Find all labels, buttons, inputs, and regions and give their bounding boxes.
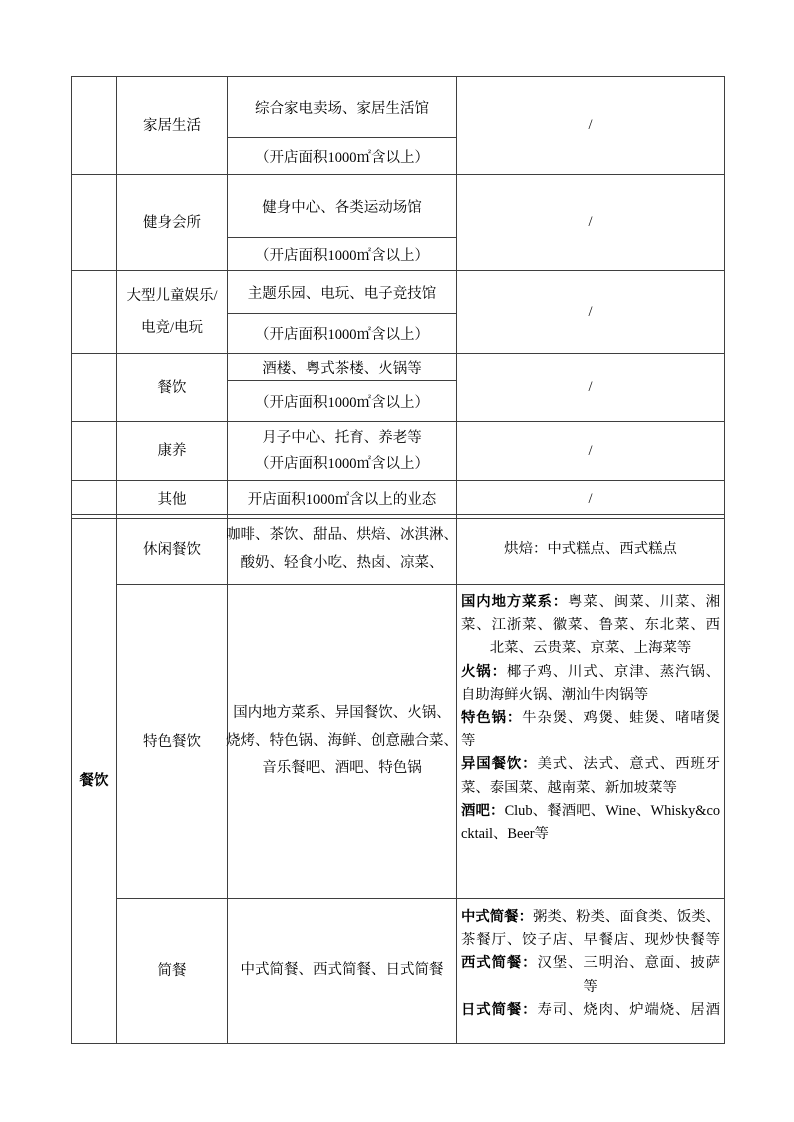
description-line: 日式简餐：寿司、烧肉、炉端烧、居酒 <box>461 999 720 1022</box>
detail-area-note: （开店面积1000㎡含以上） <box>228 314 456 353</box>
subtypes-line: 国内地方菜系、异国餐饮、火锅、 <box>233 700 451 728</box>
document-page: 家居生活综合家电卖场、家居生活馆（开店面积1000㎡含以上）/健身会所健身中心、… <box>0 0 794 1122</box>
value-cell: / <box>457 481 724 518</box>
detail-line: 月子中心、托育、养老等 <box>262 425 422 451</box>
row-spacer-cell <box>72 77 117 174</box>
category-cell: 大型儿童娱乐/电竞/电玩 <box>117 271 228 353</box>
detail-cell: 酒楼、粤式茶楼、火锅等（开店面积1000㎡含以上） <box>228 354 457 421</box>
row-spacer-cell <box>72 481 117 518</box>
description-line: 国内地方菜系：粤菜、闽菜、川菜、湘 <box>461 591 720 614</box>
table-row: 康养月子中心、托育、养老等（开店面积1000㎡含以上）/ <box>72 422 724 481</box>
category-cell: 家居生活 <box>117 77 228 174</box>
group-label: 餐饮 <box>80 769 109 790</box>
row-spacer-cell <box>72 271 117 353</box>
description-line: 等 <box>461 730 720 753</box>
table-row: 简餐中式简餐、西式简餐、日式简餐中式简餐：粥类、粉类、面食类、饭类、茶餐厅、饺子… <box>117 899 724 1043</box>
row-spacer-cell <box>72 354 117 421</box>
group-label-cell: 餐饮 <box>72 515 117 1043</box>
category-label: 其他 <box>158 484 187 516</box>
detail-types-text: 主题乐园、电玩、电子竞技馆 <box>228 271 456 314</box>
category-cell: 餐饮 <box>117 354 228 421</box>
detail-types-text: 综合家电卖场、家居生活馆 <box>228 77 456 138</box>
description-line: 茶餐厅、饺子店、早餐店、现炒快餐等 <box>461 929 720 952</box>
business-category-table-lower: 餐饮休闲餐饮咖啡、茶饮、甜品、烘焙、冰淇淋、酸奶、轻食小吃、热卤、凉菜、烘焙：中… <box>71 514 725 1044</box>
category-label: 家居生活 <box>143 110 201 142</box>
description-line: 自助海鲜火锅、潮汕牛肉锅等 <box>461 684 720 707</box>
category-cell: 健身会所 <box>117 175 228 270</box>
detail-types-text: 健身中心、各类运动场馆 <box>228 175 456 238</box>
value-cell: / <box>457 77 724 174</box>
description-line: 菜、江浙菜、徽菜、鲁菜、东北菜、西 <box>461 614 720 637</box>
category-label: 简餐 <box>158 955 187 987</box>
value-cell: / <box>457 354 724 421</box>
category-label: 健身会所 <box>143 207 201 239</box>
group-rows: 休闲餐饮咖啡、茶饮、甜品、烘焙、冰淇淋、酸奶、轻食小吃、热卤、凉菜、烘焙：中式糕… <box>117 515 724 1043</box>
table-row: 大型儿童娱乐/电竞/电玩主题乐园、电玩、电子竞技馆（开店面积1000㎡含以上）/ <box>72 271 724 354</box>
description-line: 火锅：椰子鸡、川式、京津、蒸汽锅、 <box>461 661 720 684</box>
category-label: 餐饮 <box>158 372 187 404</box>
detail-line: （开店面积1000㎡含以上） <box>255 451 429 477</box>
description-cell: 烘焙：中式糕点、西式糕点 <box>457 515 724 584</box>
description-line: 异国餐饮：美式、法式、意式、西班牙 <box>461 753 720 776</box>
description-line: 西式简餐：汉堡、三明治、意面、披萨 <box>461 952 720 975</box>
subtypes-line: 中式简餐、西式简餐、日式简餐 <box>241 957 444 985</box>
subtypes-line: 咖啡、茶饮、甜品、烘焙、冰淇淋、 <box>226 522 458 550</box>
description-line: 特色锅：牛杂煲、鸡煲、蛙煲、啫啫煲 <box>461 707 720 730</box>
description-line: 中式简餐：粥类、粉类、面食类、饭类、 <box>461 906 720 929</box>
group-row: 餐饮休闲餐饮咖啡、茶饮、甜品、烘焙、冰淇淋、酸奶、轻食小吃、热卤、凉菜、烘焙：中… <box>72 515 724 1043</box>
detail-cell: 月子中心、托育、养老等（开店面积1000㎡含以上） <box>228 422 457 480</box>
detail-area-note: （开店面积1000㎡含以上） <box>228 381 456 421</box>
description-cell: 中式简餐：粥类、粉类、面食类、饭类、茶餐厅、饺子店、早餐店、现炒快餐等西式简餐：… <box>457 899 724 1043</box>
description-line: 等 <box>461 976 720 999</box>
description-line: 北菜、云贵菜、京菜、上海菜等 <box>461 637 720 660</box>
category-cell: 其他 <box>117 481 228 518</box>
description-line: cktail、Beer等 <box>461 823 720 846</box>
description-line: 菜、泰国菜、越南菜、新加坡菜等 <box>461 777 720 800</box>
detail-cell: 健身中心、各类运动场馆（开店面积1000㎡含以上） <box>228 175 457 270</box>
table-row: 家居生活综合家电卖场、家居生活馆（开店面积1000㎡含以上）/ <box>72 77 724 175</box>
category-cell: 康养 <box>117 422 228 480</box>
subtypes-line: 烧烤、特色锅、海鲜、创意融合菜、 <box>226 728 458 756</box>
category-label: 电竞/电玩 <box>141 312 203 344</box>
detail-cell: 开店面积1000㎡含以上的业态 <box>228 481 457 518</box>
table-row: 休闲餐饮咖啡、茶饮、甜品、烘焙、冰淇淋、酸奶、轻食小吃、热卤、凉菜、烘焙：中式糕… <box>117 515 724 585</box>
value-cell: / <box>457 271 724 353</box>
subtypes-line: 酸奶、轻食小吃、热卤、凉菜、 <box>241 550 444 578</box>
detail-cell: 综合家电卖场、家居生活馆（开店面积1000㎡含以上） <box>228 77 457 174</box>
table-row: 健身会所健身中心、各类运动场馆（开店面积1000㎡含以上）/ <box>72 175 724 271</box>
subtypes-cell: 国内地方菜系、异国餐饮、火锅、烧烤、特色锅、海鲜、创意融合菜、音乐餐吧、酒吧、特… <box>228 585 457 898</box>
table-row: 其他开店面积1000㎡含以上的业态/ <box>72 481 724 518</box>
table-row: 餐饮酒楼、粤式茶楼、火锅等（开店面积1000㎡含以上）/ <box>72 354 724 422</box>
subtypes-cell: 咖啡、茶饮、甜品、烘焙、冰淇淋、酸奶、轻食小吃、热卤、凉菜、 <box>228 515 457 584</box>
detail-line: 开店面积1000㎡含以上的业态 <box>248 487 437 513</box>
detail-area-note: （开店面积1000㎡含以上） <box>228 138 456 174</box>
detail-types-text: 酒楼、粤式茶楼、火锅等 <box>228 354 456 381</box>
category-cell: 休闲餐饮 <box>117 515 228 584</box>
subtypes-line: 音乐餐吧、酒吧、特色锅 <box>262 755 422 783</box>
row-spacer-cell <box>72 175 117 270</box>
detail-area-note: （开店面积1000㎡含以上） <box>228 238 456 270</box>
category-cell: 特色餐饮 <box>117 585 228 898</box>
value-cell: / <box>457 175 724 270</box>
table-row: 特色餐饮国内地方菜系、异国餐饮、火锅、烧烤、特色锅、海鲜、创意融合菜、音乐餐吧、… <box>117 585 724 899</box>
category-label: 康养 <box>158 435 187 467</box>
row-spacer-cell <box>72 422 117 480</box>
description-line: 烘焙：中式糕点、西式糕点 <box>461 538 720 561</box>
category-label: 休闲餐饮 <box>143 534 201 566</box>
subtypes-cell: 中式简餐、西式简餐、日式简餐 <box>228 899 457 1043</box>
category-cell: 简餐 <box>117 899 228 1043</box>
description-cell: 国内地方菜系：粤菜、闽菜、川菜、湘菜、江浙菜、徽菜、鲁菜、东北菜、西北菜、云贵菜… <box>457 585 724 898</box>
detail-cell: 主题乐园、电玩、电子竞技馆（开店面积1000㎡含以上） <box>228 271 457 353</box>
value-cell: / <box>457 422 724 480</box>
description-line: 酒吧：Club、餐酒吧、Wine、Whisky&co <box>461 800 720 823</box>
category-label: 特色餐饮 <box>143 726 201 758</box>
business-category-table-upper: 家居生活综合家电卖场、家居生活馆（开店面积1000㎡含以上）/健身会所健身中心、… <box>71 76 725 519</box>
category-label: 大型儿童娱乐/ <box>126 280 217 312</box>
